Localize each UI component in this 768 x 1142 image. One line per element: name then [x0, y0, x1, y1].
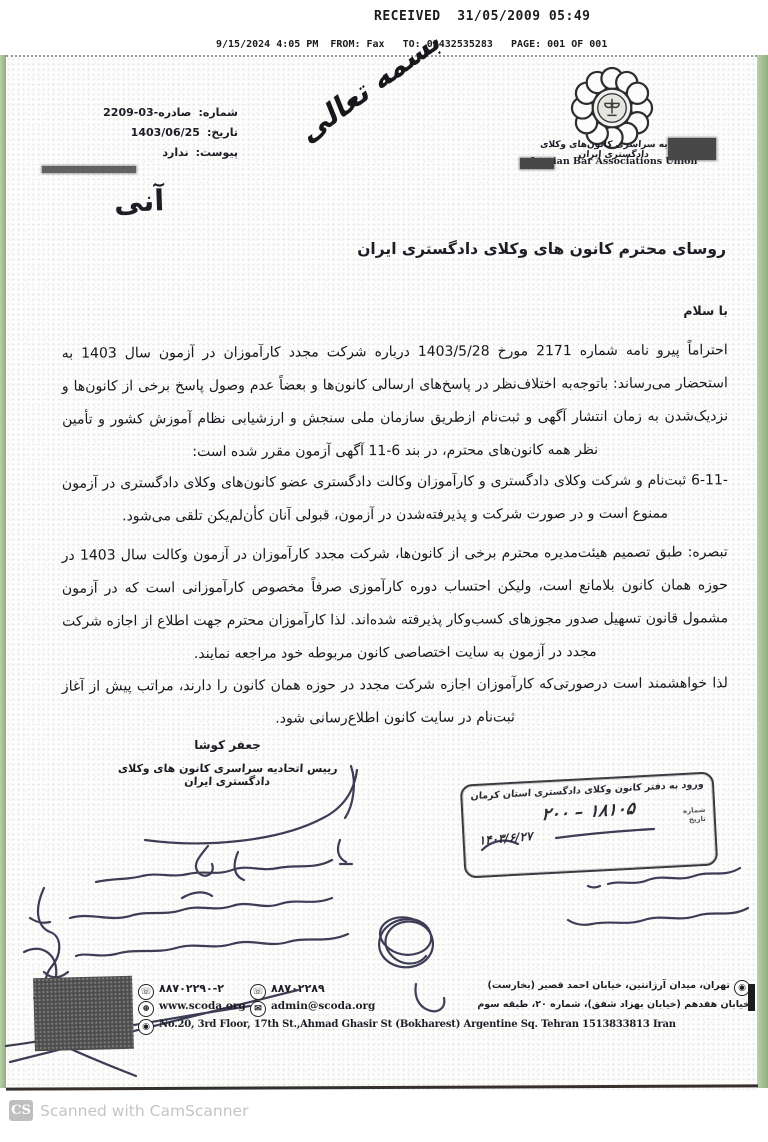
location-pin-icon: ◉ [138, 1019, 154, 1035]
urgency-mark: آنی [113, 183, 164, 219]
stamp-field-labels: شماره تاریخ [683, 806, 706, 825]
paragraph-3: تبصره: طبق تصمیم هیئت‌مدیره محترم برخی ا… [62, 536, 729, 671]
ink-smudge [42, 166, 136, 173]
address-farsi-line2: خیابان هفدهم (خیابان بهزاد شفق)، شماره ۲… [405, 996, 750, 1013]
footer-phone-primary: ☏۸۸۷۰۲۲۹۰-۲ [138, 982, 224, 1000]
camscanner-watermark: CS Scanned with CamScanner [9, 1100, 248, 1121]
ink-smudge [668, 138, 716, 160]
globe-icon: ⊕ [138, 1001, 154, 1017]
field-number: شماره:2209-صادره-03 [52, 106, 238, 119]
website-url: www.scoda.org [159, 1000, 246, 1012]
paragraph-4: لذا خواهشمند است درصورتی‌که کارآموزان اج… [62, 667, 728, 736]
signature-block: جعفر کوشا رییس اتحادیه سراسری کانون های … [95, 738, 360, 788]
camscanner-badge: CS [9, 1100, 33, 1121]
ink-smudge [520, 158, 554, 169]
phone2-number: ۸۸۷۰۲۲۸۹ [271, 982, 325, 995]
kerman-entry-stamp: ورود به دفتر کانون وکلای دادگستری استان … [460, 771, 719, 878]
scanned-fax-letter: RECEIVED 31/05/2009 05:49 9/15/2024 4:05… [0, 0, 768, 1142]
date-value: 1403/06/25 [131, 126, 200, 139]
attachment-value: ندارد [162, 146, 188, 159]
letter-reference-fields: شماره:2209-صادره-03 تاریخ:1403/06/25 پیو… [52, 106, 238, 166]
obscured-stamp-block [33, 976, 134, 1052]
field-attachment: پیوست:ندارد [52, 146, 238, 159]
phone-icon: ☏ [138, 984, 154, 1000]
recipient-line: روسای محترم کانون های وکلای دادگستری ایر… [357, 240, 726, 258]
field-date: تاریخ:1403/06/25 [52, 126, 238, 139]
signer-name: جعفر کوشا [95, 738, 360, 752]
fax-received-line: RECEIVED 31/05/2009 05:49 [374, 9, 591, 24]
footer-address-english: ◉No.20, 3rd Floor, 17th St.,Ahmad Ghasir… [138, 1019, 676, 1035]
footer-phone-secondary: ☏۸۸۷۰۲۲۸۹ [250, 982, 325, 1000]
paragraph-1: احتراماً پیرو نامه شماره 2171 مورخ 1403/… [62, 334, 729, 469]
email-icon: ✉ [250, 1001, 266, 1017]
ink-bar-mark [748, 984, 755, 1011]
camscanner-text: Scanned with CamScanner [40, 1102, 248, 1120]
signer-title: رییس اتحادیه سراسری کانون های وکلای دادگ… [94, 762, 360, 788]
scan-edge-left [0, 55, 6, 1088]
email-address: admin@scoda.org [271, 1000, 375, 1012]
address-farsi-text1: تهران، میدان آرژانتین، خیابان احمد قصیر … [487, 980, 730, 991]
number-label: شماره: [198, 106, 238, 119]
address-farsi-line1: ◉تهران، میدان آرژانتین، خیابان احمد قصیر… [405, 977, 750, 996]
footer-address-farsi: ◉تهران، میدان آرژانتین، خیابان احمد قصیر… [405, 977, 750, 1013]
footer-email: ✉admin@scoda.org [250, 1000, 375, 1017]
number-value: 2209-صادره-03 [103, 106, 191, 119]
phone1-number: ۸۸۷۰۲۲۹۰-۲ [159, 982, 224, 995]
paragraph-2: ‪6-11-‬ ثبت‌نام و شرکت وکلای دادگستری و … [62, 464, 728, 533]
salutation: با سلام [683, 303, 728, 318]
scan-edge-right [757, 55, 768, 1088]
address-english-text: No.20, 3rd Floor, 17th St.,Ahmad Ghasir … [159, 1019, 676, 1030]
phone-icon: ☏ [250, 984, 266, 1000]
stamp-date-label: تاریخ [683, 815, 706, 825]
date-label: تاریخ: [207, 126, 238, 139]
footer-website: ⊕www.scoda.org [138, 1000, 246, 1017]
attachment-label: پیوست: [196, 146, 238, 159]
